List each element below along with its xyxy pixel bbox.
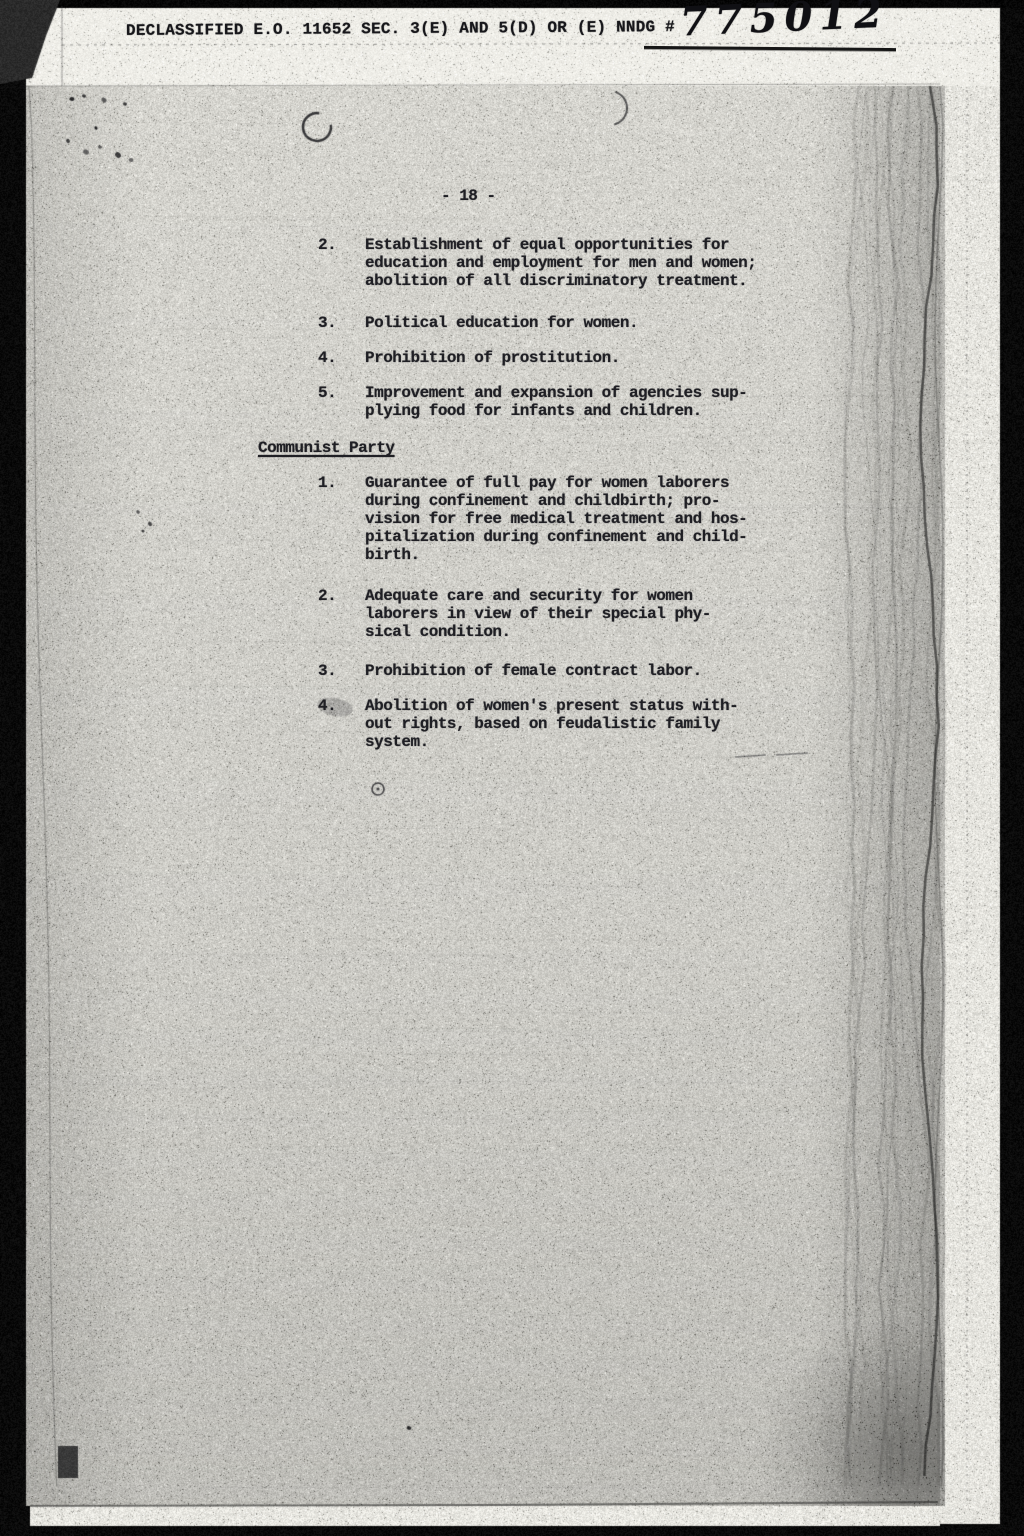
list-item: 1. Guarantee of full pay for women labor… <box>318 474 878 564</box>
page-number: - 18 - <box>441 187 496 205</box>
list-item: 2. Establishment of equal opportunities … <box>318 236 878 290</box>
item-number: 5. <box>318 384 365 420</box>
item-text: Prohibition of female contract labor. <box>365 662 702 680</box>
item-text: Establishment of equal opportunities for… <box>365 236 756 290</box>
list-item: 4. Prohibition of prostitution. <box>318 349 878 367</box>
item-number: 1. <box>318 474 365 564</box>
list-item: 4. Abolition of women's present status w… <box>318 697 878 751</box>
document-body: 2. Establishment of equal opportunities … <box>258 236 878 751</box>
item-number: 3. <box>318 662 365 680</box>
item-text: Guarantee of full pay for women laborers… <box>365 474 747 564</box>
list-item: 3. Prohibition of female contract labor. <box>318 662 878 680</box>
list-item: 5. Improvement and expansion of agencies… <box>318 384 878 420</box>
item-text: Adequate care and security for women lab… <box>365 587 711 641</box>
item-text: Prohibition of prostitution. <box>365 349 620 367</box>
scan-paper-texture <box>0 0 1024 1536</box>
list-item: 2. Adequate care and security for women … <box>318 587 878 641</box>
item-number: 2. <box>318 587 365 641</box>
item-number: 4. <box>318 697 365 751</box>
scanned-document-page: DECLASSIFIED E.O. 11652 SEC. 3(E) AND 5(… <box>0 0 1024 1536</box>
declassified-stamp: DECLASSIFIED E.O. 11652 SEC. 3(E) AND 5(… <box>126 18 675 40</box>
list-item: 3. Political education for women. <box>318 314 878 332</box>
section-heading-communist-party: Communist Party <box>258 439 878 457</box>
item-number: 3. <box>318 314 365 332</box>
item-number: 2. <box>318 236 365 290</box>
item-text: Abolition of women's present status with… <box>365 697 738 751</box>
item-text: Political education for women. <box>365 314 638 332</box>
item-text: Improvement and expansion of agencies su… <box>365 384 747 420</box>
item-number: 4. <box>318 349 365 367</box>
